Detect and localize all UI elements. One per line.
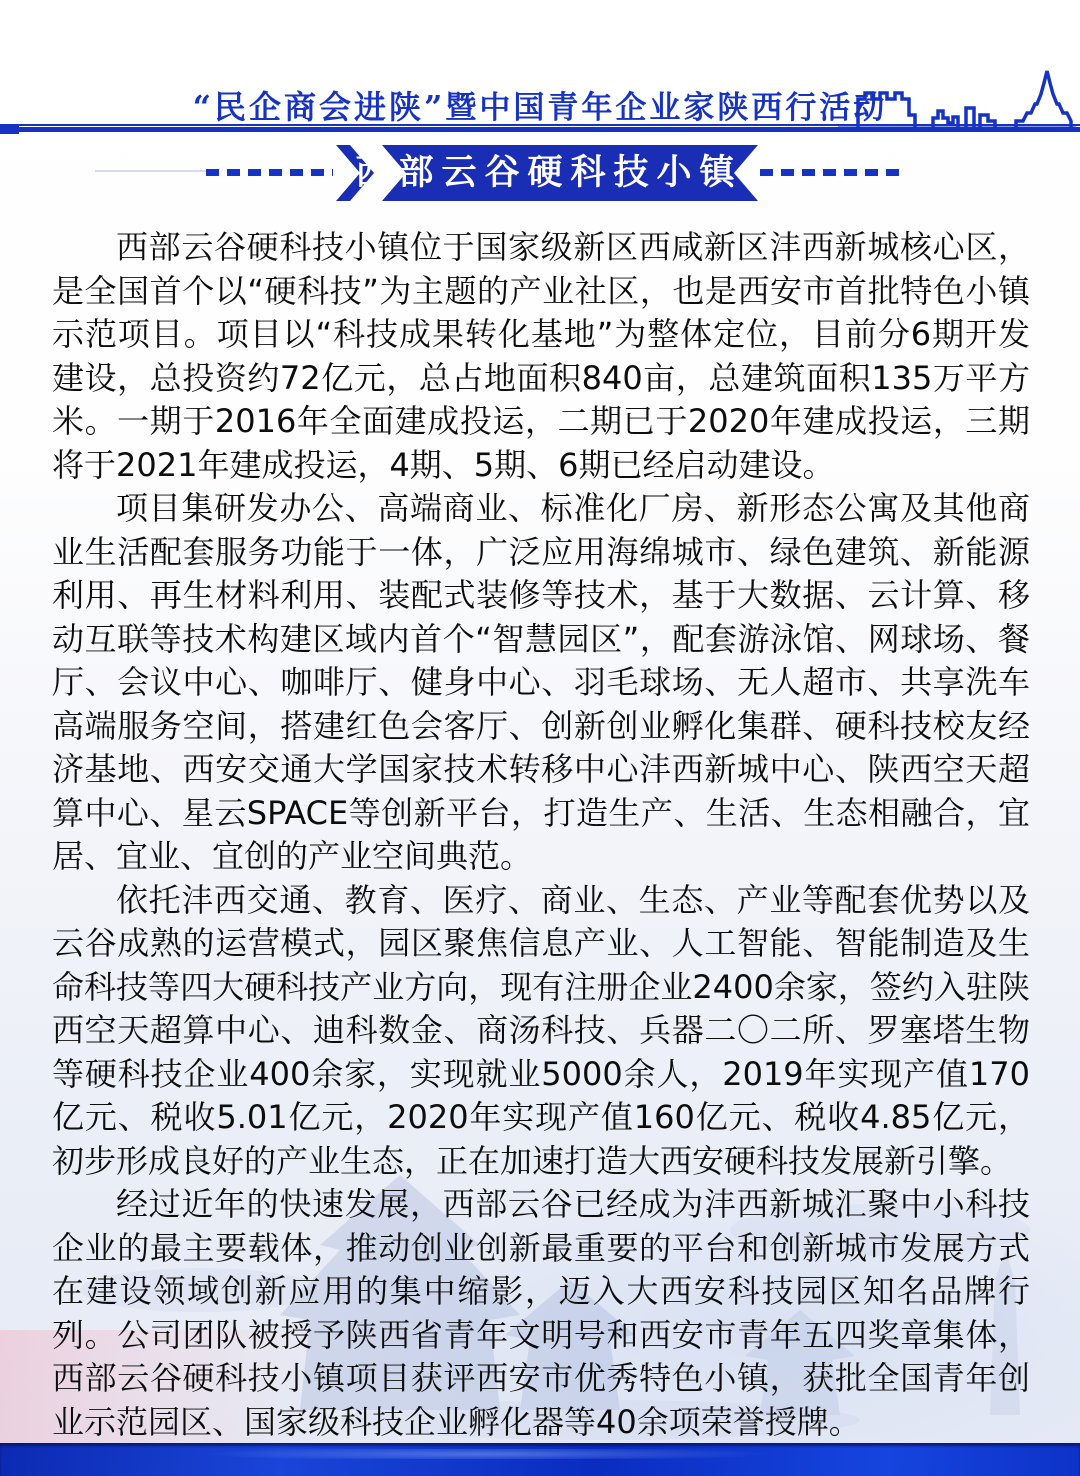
xian-city-skyline-icon <box>838 62 1076 136</box>
header-rule-square <box>0 125 19 134</box>
brochure-page: “民企商会进陕”暨中国青年企业家陕西行活动 西部云谷硬科技小镇 西部云谷硬科技小… <box>0 0 1080 1476</box>
footer-blue-band <box>0 1443 1080 1476</box>
paragraph-achievements: 经过近年的快速发展，西部云谷已经成为沣西新城汇聚中小科技企业的最主要载体，推动创… <box>52 1183 1030 1444</box>
event-title-quoted: “民企商会进陕” <box>193 88 446 126</box>
paragraph-facilities: 项目集研发办公、高端商业、标准化厂房、新形态公寓及其他商业生活配套服务功能于一体… <box>52 487 1030 879</box>
event-title-rest: 暨中国青年企业家陕西行活动 <box>445 90 887 126</box>
banner-sideline <box>95 170 213 172</box>
banner-dashed-line-left <box>206 169 333 176</box>
section-title: 西部云谷硬科技小镇 <box>332 144 758 202</box>
article-body: 西部云谷硬科技小镇位于国家级新区西咸新区沣西新城核心区，是全国首个以“硬科技”为… <box>52 226 1030 1444</box>
paragraph-industry: 依托沣西交通、教育、医疗、商业、生态、产业等配套优势以及云谷成熟的运营模式，园区… <box>52 879 1030 1184</box>
paragraph-intro: 西部云谷硬科技小镇位于国家级新区西咸新区沣西新城核心区，是全国首个以“硬科技”为… <box>52 226 1030 487</box>
banner-dashed-line-right <box>760 169 906 176</box>
